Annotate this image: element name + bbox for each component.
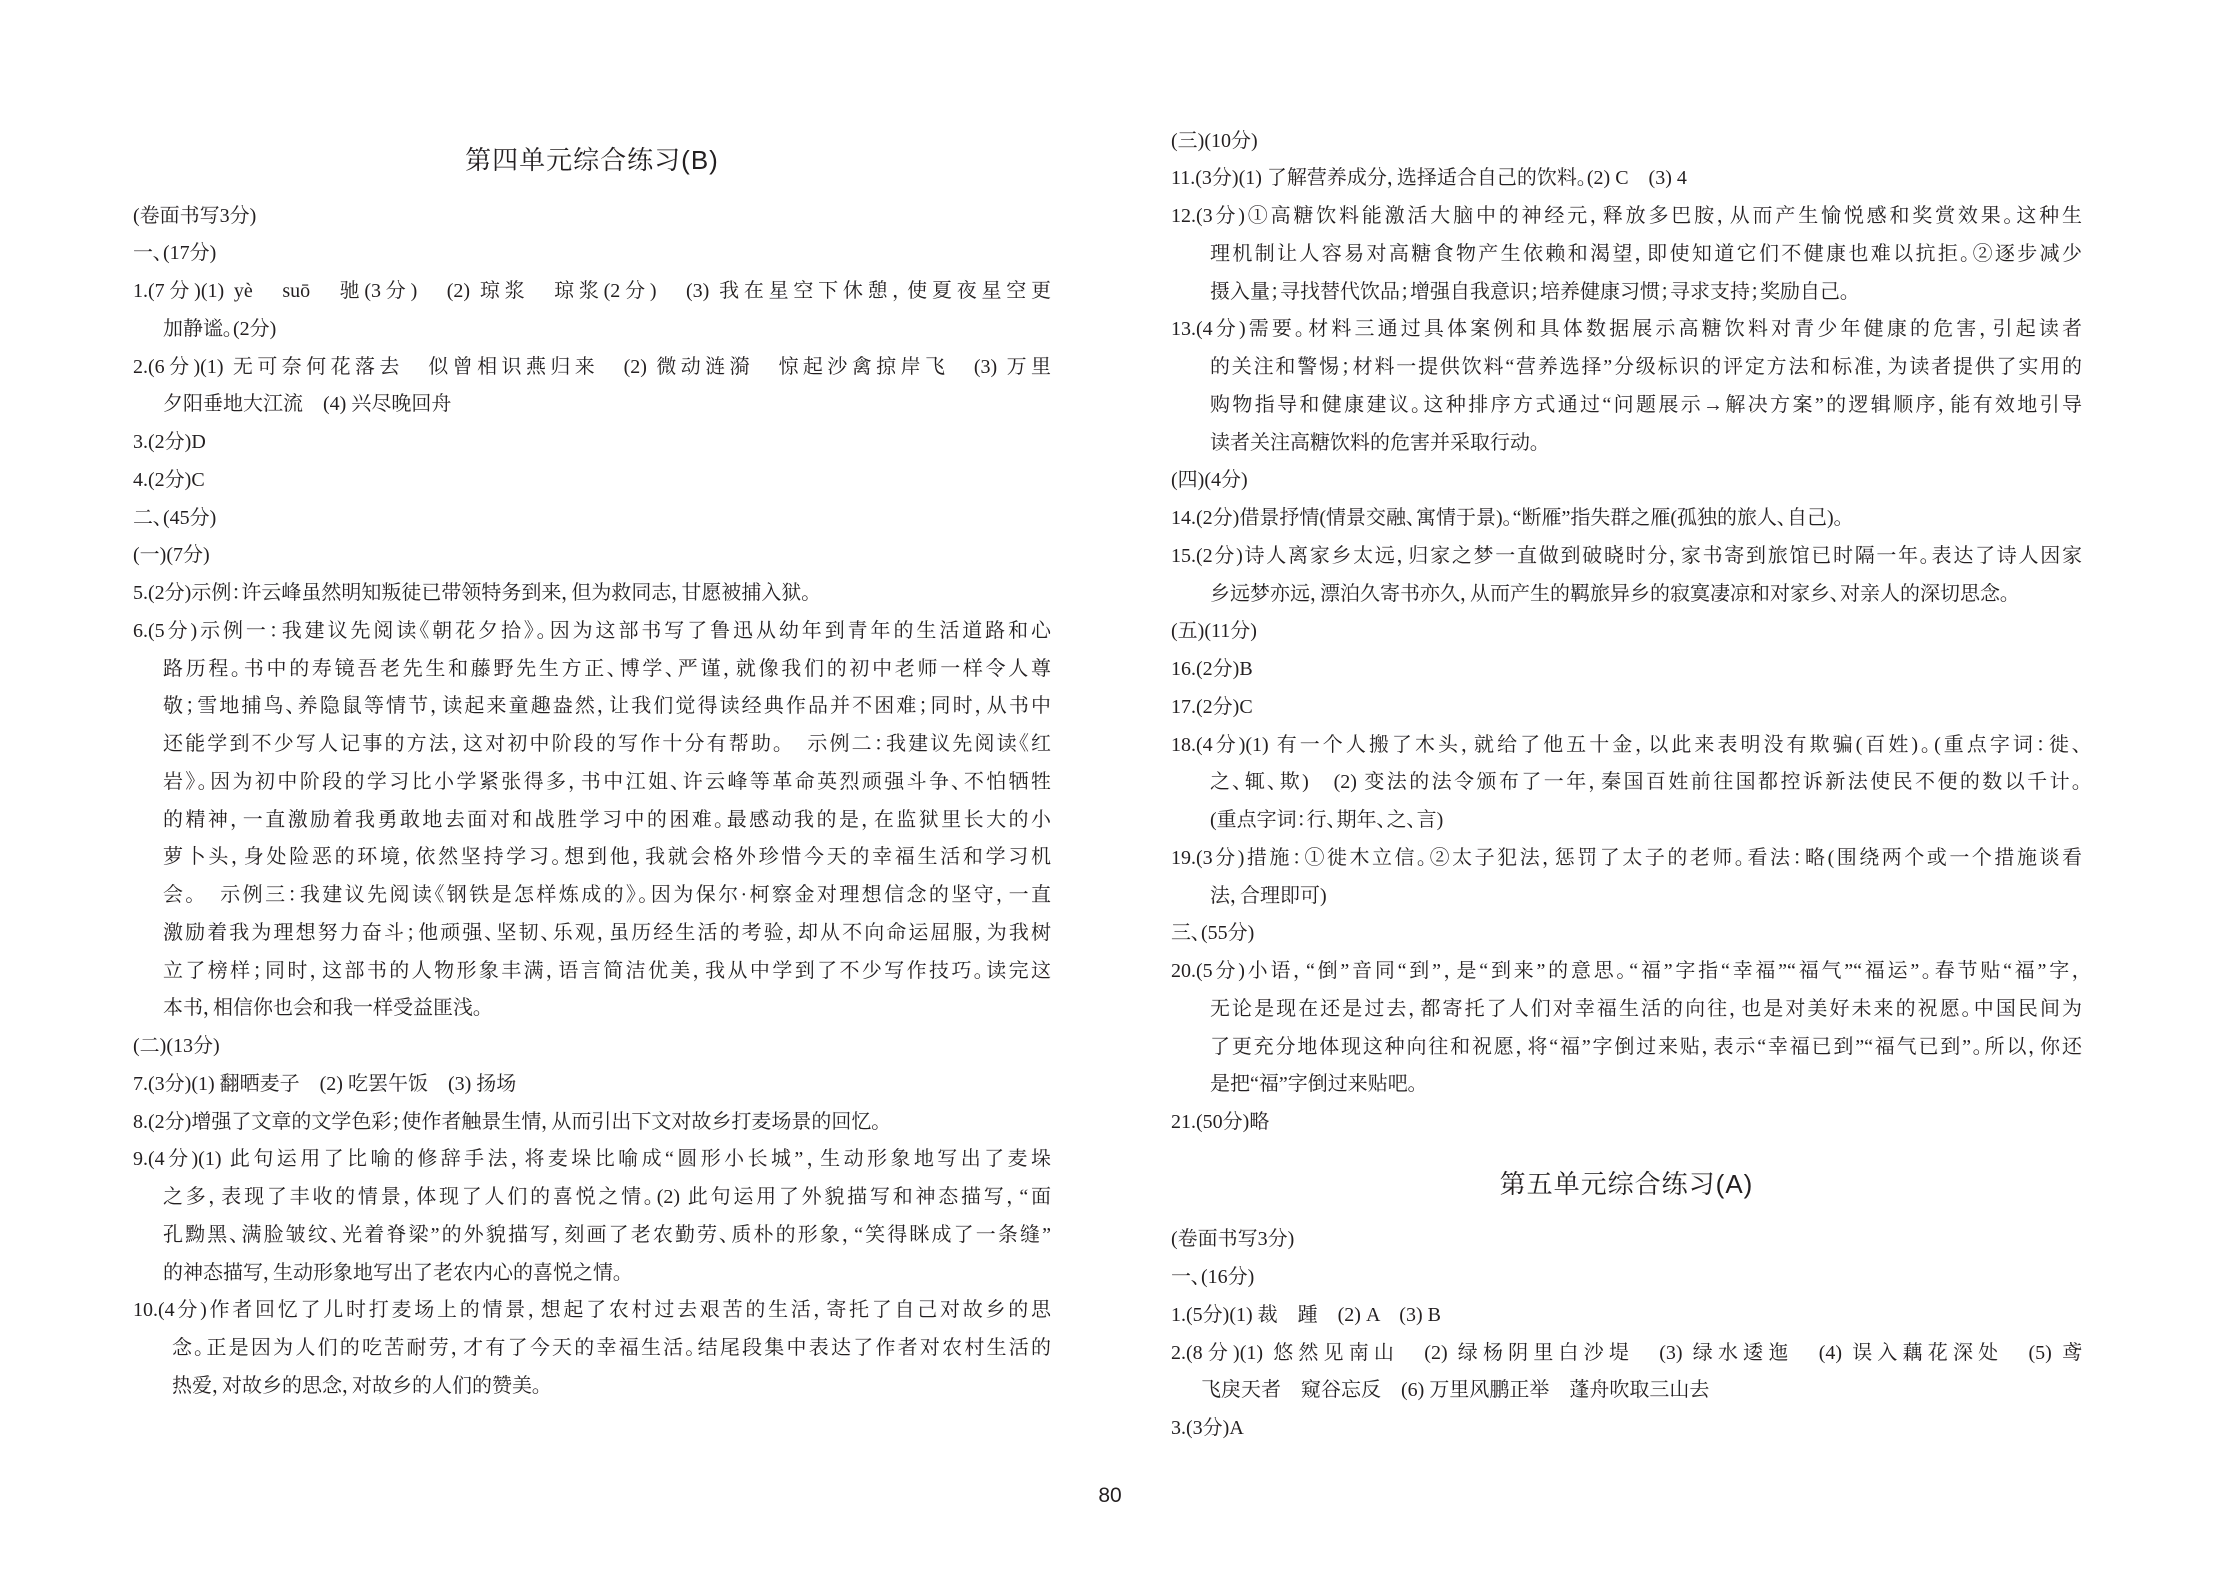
answer-line: 理机制让人容易对高糖食物产生依赖和渴望，即使知道它们不健康也难以抗拒。②逐步减少 <box>1171 236 2082 274</box>
unit-title-5a: 第五单元综合练习(A) <box>1171 1169 2082 1199</box>
answer-line: 路历程。书中的寿镜吾老先生和藤野先生方正、博学、严谨，就像我们的初中老师一样令人… <box>133 651 1051 689</box>
answer-line: 2.(6分)(1) 无可奈何花落去 似曾相识燕归来 (2) 微动涟漪 惊起沙禽掠… <box>133 349 1051 387</box>
answer-line: 9.(4分)(1) 此句运用了比喻的修辞手法，将麦垛比喻成“圆形小长城”，生动形… <box>133 1141 1051 1179</box>
answer-line: 激励着我为理想努力奋斗；他顽强、坚韧、乐观，虽历经生活的考验，却从不向命运屈服，… <box>133 915 1051 953</box>
answer-line: 读者关注高糖饮料的危害并采取行动。 <box>1171 425 2082 463</box>
answer-line: 16.(2分)B <box>1171 651 2082 689</box>
answer-line: 10.(4分)作者回忆了儿时打麦场上的情景，想起了农村过去艰苦的生活，寄托了自己… <box>133 1292 1051 1330</box>
answer-line: 12.(3分)①高糖饮料能激活大脑中的神经元，释放多巴胺，从而产生愉悦感和奖赏效… <box>1171 198 2082 236</box>
answer-line: 摄入量；寻找替代饮品；增强自我意识；培养健康习惯；寻求支持；奖励自己。 <box>1171 274 2082 312</box>
question-3: 3.(3分)A <box>1171 1410 2082 1448</box>
section-heading-2: 二、(45分) <box>133 500 1051 538</box>
question-1: 1.(5分)(1) 裁 踵 (2) A (3) B <box>1171 1297 2082 1335</box>
question-15: 15.(2分)诗人离家乡太远，归家之梦一直做到破晓时分，家书寄到旅馆已时隔一年。… <box>1171 538 2082 614</box>
section-heading: 一、(17分) <box>133 235 1051 273</box>
answer-line: 热爱，对故乡的思念，对故乡的人们的赞美。 <box>133 1368 1051 1406</box>
subsection-heading-2: (二)(13分) <box>133 1028 1051 1066</box>
answer-line: 5.(2分)示例：许云峰虽然明知叛徒已带领特务到来，但为救同志，甘愿被捕入狱。 <box>133 575 1051 613</box>
question-9: 9.(4分)(1) 此句运用了比喻的修辞手法，将麦垛比喻成“圆形小长城”，生动形… <box>133 1141 1051 1292</box>
subsection-heading: (三)(10分) <box>1171 123 2082 161</box>
question-11: 11.(3分)(1) 了解营养成分，选择适合自己的饮料。(2) C (3) 4 <box>1171 160 2082 198</box>
answer-line: 的关注和警惕；材料一提供饮料“营养选择”分级标识的评定方法和标准，为读者提供了实… <box>1171 349 2082 387</box>
subsection-heading-3: (三)(10分) <box>1171 123 2082 161</box>
answer-line: 之、辄、欺) (2) 变法的法令颁布了一年，秦国百姓前往国都控诉新法使民不便的数… <box>1171 764 2082 802</box>
right-column-top: (三)(10分) 11.(3分)(1) 了解营养成分，选择适合自己的饮料。(2)… <box>1171 123 2082 1142</box>
answer-line: 15.(2分)诗人离家乡太远，归家之梦一直做到破晓时分，家书寄到旅馆已时隔一年。… <box>1171 538 2082 576</box>
answer-line: 6.(5分)示例一：我建议先阅读《朝花夕拾》。因为这部书写了鲁迅从幼年到青年的生… <box>133 613 1051 651</box>
answer-line: (重点字词：行、期年、之、言) <box>1171 802 2082 840</box>
unit-title-4b: 第四单元综合练习(B) <box>133 145 1051 175</box>
answer-line: 敬；雪地捕鸟、养隐鼠等情节，读起来童趣盎然，让我们觉得读经典作品并不困难；同时，… <box>133 688 1051 726</box>
handwriting-score-note: (卷面书写3分) <box>133 198 1051 236</box>
answer-line: 之多，表现了丰收的情景，体现了人们的喜悦之情。(2) 此句运用了外貌描写和神态描… <box>133 1179 1051 1217</box>
answer-line: 立了榜样；同时，这部书的人物形象丰满，语言简洁优美，我从中学到了不少写作技巧。读… <box>133 953 1051 991</box>
answer-line: 加静谧。(2分) <box>133 311 1051 349</box>
section-heading: 一、(16分) <box>1171 1259 2082 1297</box>
answer-line: 21.(50分)略 <box>1171 1104 2082 1142</box>
answer-line: 夕阳垂地大江流 (4) 兴尽晚回舟 <box>133 386 1051 424</box>
answer-line: 孔黝黑、满脸皱纹、光着脊梁”的外貌描写，刻画了老农勤劳、质朴的形象，“笑得眯成了… <box>133 1217 1051 1255</box>
question-13: 13.(4分)需要。材料三通过具体案例和具体数据展示高糖饮料对青少年健康的危害，… <box>1171 311 2082 462</box>
answer-line: 本书，相信你也会和我一样受益匪浅。 <box>133 990 1051 1028</box>
section-heading-3: 三、(55分) <box>1171 915 2082 953</box>
section-heading: 三、(55分) <box>1171 915 2082 953</box>
section-heading-1: 一、(17分) <box>133 235 1051 273</box>
question-18: 18.(4分)(1) 有一个人搬了木头，就给了他五十金，以此来表明没有欺骗(百姓… <box>1171 727 2082 840</box>
note-line: (卷面书写3分) <box>1171 1221 2082 1259</box>
answer-line: 飞戾天者 窥谷忘反 (6) 万里风鹏正举 蓬舟吹取三山去 <box>1171 1372 2082 1410</box>
subsection-heading: (四)(4分) <box>1171 462 2082 500</box>
answer-line: 11.(3分)(1) 了解营养成分，选择适合自己的饮料。(2) C (3) 4 <box>1171 160 2082 198</box>
answer-line: 1.(7分)(1) yè suō 驰(3分) (2) 琼浆 琼浆(2分) (3)… <box>133 273 1051 311</box>
question-7: 7.(3分)(1) 翻晒麦子 (2) 吃罢午饭 (3) 扬场 <box>133 1066 1051 1104</box>
question-1: 1.(7分)(1) yè suō 驰(3分) (2) 琼浆 琼浆(2分) (3)… <box>133 273 1051 349</box>
question-5: 5.(2分)示例：许云峰虽然明知叛徒已带领特务到来，但为救同志，甘愿被捕入狱。 <box>133 575 1051 613</box>
answer-line: 还能学到不少写人记事的方法，这对初中阶段的写作十分有帮助。 示例二：我建议先阅读… <box>133 726 1051 764</box>
answer-line: 了更充分地体现这种向往和祝愿，将“福”字倒过来贴，表示“幸福已到”“福气已到”。… <box>1171 1029 2082 1067</box>
answer-line: 的精神，一直激励着我勇敢地去面对和战胜学习中的困难。最感动我的是，在监狱里长大的… <box>133 802 1051 840</box>
subsection-heading: (五)(11分) <box>1171 613 2082 651</box>
question-4: 4.(2分)C <box>133 462 1051 500</box>
answer-line: 3.(3分)A <box>1171 1410 2082 1448</box>
subsection-heading: (二)(13分) <box>133 1028 1051 1066</box>
question-21: 21.(50分)略 <box>1171 1104 2082 1142</box>
answer-line: 乡远梦亦远，漂泊久寄书亦久，从而产生的羁旅异乡的寂寞凄凉和对家乡、对亲人的深切思… <box>1171 576 2082 614</box>
answer-line: 购物指导和健康建议。这种排序方式通过“问题展示→解决方案”的逻辑顺序，能有效地引… <box>1171 387 2082 425</box>
page-number: 80 <box>1060 1484 1160 1508</box>
answer-line: 7.(3分)(1) 翻晒麦子 (2) 吃罢午饭 (3) 扬场 <box>133 1066 1051 1104</box>
answer-line: 3.(2分)D <box>133 424 1051 462</box>
left-column: (卷面书写3分) 一、(17分) 1.(7分)(1) yè suō 驰(3分) … <box>133 198 1051 1406</box>
answer-line: 18.(4分)(1) 有一个人搬了木头，就给了他五十金，以此来表明没有欺骗(百姓… <box>1171 727 2082 765</box>
answer-line: 13.(4分)需要。材料三通过具体案例和具体数据展示高糖饮料对青少年健康的危害，… <box>1171 311 2082 349</box>
answer-line: 4.(2分)C <box>133 462 1051 500</box>
subsection-heading-4: (四)(4分) <box>1171 462 2082 500</box>
question-2: 2.(6分)(1) 无可奈何花落去 似曾相识燕归来 (2) 微动涟漪 惊起沙禽掠… <box>133 349 1051 425</box>
subsection-heading-1: (一)(7分) <box>133 537 1051 575</box>
answer-line: 8.(2分)增强了文章的文学色彩；使作者触景生情，从而引出下文对故乡打麦场景的回… <box>133 1104 1051 1142</box>
answer-line: 2.(8分)(1) 悠然见南山 (2) 绿杨阴里白沙堤 (3) 绿水逶迤 (4)… <box>1171 1335 2082 1373</box>
answer-line: 的神态描写，生动形象地写出了老农内心的喜悦之情。 <box>133 1255 1051 1293</box>
section-heading-1: 一、(16分) <box>1171 1259 2082 1297</box>
question-2: 2.(8分)(1) 悠然见南山 (2) 绿杨阴里白沙堤 (3) 绿水逶迤 (4)… <box>1171 1335 2082 1411</box>
answer-line: 20.(5分)小语，“倒”音同“到”，是“到来”的意思。“福”字指“幸福”“福气… <box>1171 953 2082 991</box>
answer-line: 是把“福”字倒过来贴吧。 <box>1171 1066 2082 1104</box>
answer-line: 14.(2分)借景抒情(情景交融、寓情于景)。“断雁”指失群之雁(孤独的旅人、自… <box>1171 500 2082 538</box>
question-19: 19.(3分)措施：①徙木立信。②太子犯法，惩罚了太子的老师。看法：略(围绕两个… <box>1171 840 2082 916</box>
answer-line: 1.(5分)(1) 裁 踵 (2) A (3) B <box>1171 1297 2082 1335</box>
right-column-bottom: (卷面书写3分) 一、(16分) 1.(5分)(1) 裁 踵 (2) A (3)… <box>1171 1221 2082 1448</box>
answer-line: 19.(3分)措施：①徙木立信。②太子犯法，惩罚了太子的老师。看法：略(围绕两个… <box>1171 840 2082 878</box>
question-10: 10.(4分)作者回忆了儿时打麦场上的情景，想起了农村过去艰苦的生活，寄托了自己… <box>133 1292 1051 1405</box>
note-line: (卷面书写3分) <box>133 198 1051 236</box>
question-17: 17.(2分)C <box>1171 689 2082 727</box>
subsection-heading-5: (五)(11分) <box>1171 613 2082 651</box>
section-heading: 二、(45分) <box>133 500 1051 538</box>
answer-line: 无论是现在还是过去，都寄托了人们对幸福生活的向往，也是对美好未来的祝愿。中国民间… <box>1171 991 2082 1029</box>
handwriting-score-note: (卷面书写3分) <box>1171 1221 2082 1259</box>
answer-line: 法，合理即可) <box>1171 878 2082 916</box>
question-14: 14.(2分)借景抒情(情景交融、寓情于景)。“断雁”指失群之雁(孤独的旅人、自… <box>1171 500 2082 538</box>
subsection-heading: (一)(7分) <box>133 537 1051 575</box>
question-16: 16.(2分)B <box>1171 651 2082 689</box>
answer-line: 念。正是因为人们的吃苦耐劳，才有了今天的幸福生活。结尾段集中表达了作者对农村生活… <box>133 1330 1051 1368</box>
answer-line: 17.(2分)C <box>1171 689 2082 727</box>
question-3: 3.(2分)D <box>133 424 1051 462</box>
question-6: 6.(5分)示例一：我建议先阅读《朝花夕拾》。因为这部书写了鲁迅从幼年到青年的生… <box>133 613 1051 1028</box>
answer-line: 会。 示例三：我建议先阅读《钢铁是怎样炼成的》。因为保尔·柯察金对理想信念的坚守… <box>133 877 1051 915</box>
question-20: 20.(5分)小语，“倒”音同“到”，是“到来”的意思。“福”字指“幸福”“福气… <box>1171 953 2082 1104</box>
question-12: 12.(3分)①高糖饮料能激活大脑中的神经元，释放多巴胺，从而产生愉悦感和奖赏效… <box>1171 198 2082 311</box>
answer-line: 岩》。因为初中阶段的学习比小学紧张得多，书中江姐、许云峰等革命英烈顽强斗争、不怕… <box>133 764 1051 802</box>
question-8: 8.(2分)增强了文章的文学色彩；使作者触景生情，从而引出下文对故乡打麦场景的回… <box>133 1104 1051 1142</box>
answer-line: 萝卜头，身处险恶的环境，依然坚持学习。想到他，我就会格外珍惜今天的幸福生活和学习… <box>133 839 1051 877</box>
